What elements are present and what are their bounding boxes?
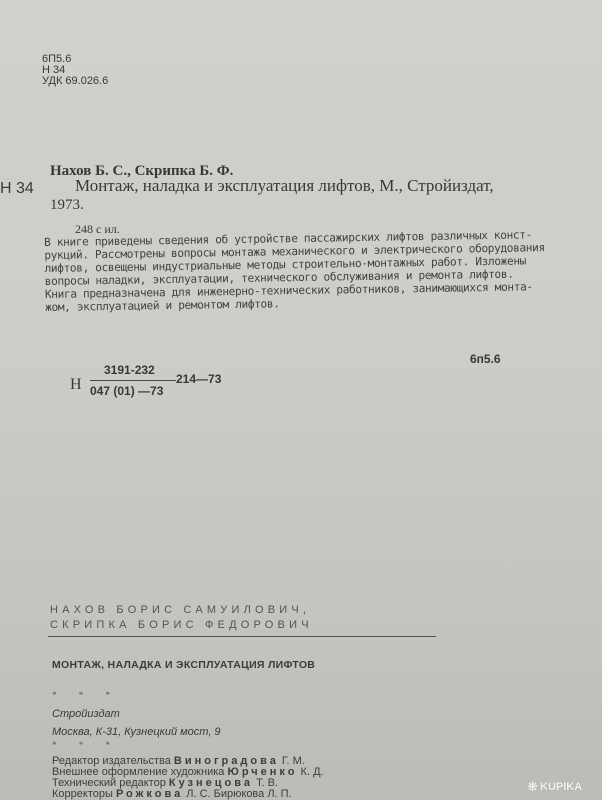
code-numerator: 3191-232 [104, 363, 155, 377]
margin-code: Н 34 [0, 180, 34, 198]
fraction-line [90, 380, 176, 381]
imprint-book-title: МОНТАЖ, НАЛАДКА И ЭКСПЛУАТАЦИЯ ЛИФТОВ [52, 659, 315, 671]
book-title-line: Монтаж, наладка и эксплуатация лифтов, М… [75, 176, 494, 196]
code-suffix: 214—73 [176, 372, 221, 386]
author-full-name: СКРИПКА БОРИС ФЕДОРОВИЧ [50, 619, 313, 631]
credit-line: Корректоры Рожкова Л. С. Бирюкова Л. П. [52, 789, 324, 800]
udc-code: УДК 69.026.6 [42, 76, 108, 87]
publisher-address: Москва, К-31, Кузнецкий мост, 9 [52, 726, 221, 738]
separator-dots: * * * [52, 740, 120, 750]
code-letter: Н [70, 376, 82, 394]
publisher: Стройиздат [52, 708, 120, 720]
separator-dots: * * * [52, 690, 120, 700]
credits: Редактор издательства Виноградова Г. М. … [52, 756, 324, 800]
catalog-block: 6П5.6 Н 34 УДК 69.026.6 [42, 54, 108, 87]
watermark: KUPIKA [540, 781, 582, 793]
annotation: В книге приведены сведения об устройстве… [44, 228, 546, 314]
divider [48, 636, 436, 637]
snowflake-ornament-icon: ❋ [527, 779, 538, 795]
author-full-name: НАХОВ БОРИС САМУИЛОВИЧ, [50, 604, 310, 616]
right-code: 6п5.6 [470, 352, 501, 366]
year: 1973. [50, 197, 84, 214]
code-denominator: 047 (01) —73 [90, 384, 163, 398]
